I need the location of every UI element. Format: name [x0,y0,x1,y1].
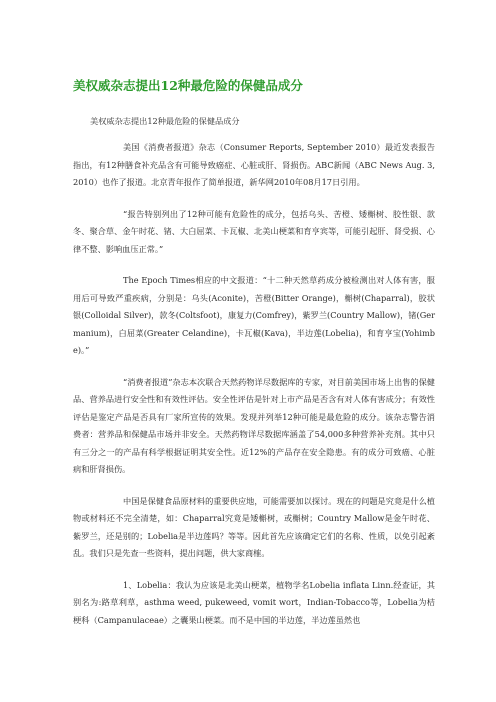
paragraph-evaluation: “消费者报道”杂志本次联合天然药物详尽数据库的专家，对目前美国市场上出售的保健品… [73,374,435,479]
paragraph-china-supply: 中国是保健食品原材料的重要供应地，可能需要加以探讨。现在的问题是究竟是什么植物或… [73,493,435,563]
paragraph-report-quote: “报告特别列出了12种可能有危险性的成分，包括乌头、苦橙、矮槲树、胶性银、款冬、… [73,206,435,259]
paragraph-lobelia: 1、Lobelia：我认为应该是北美山梗菜，植物学名Lobelia inflat… [73,577,435,630]
paragraph-epoch-times: The Epoch Times相应的中文报道：“十二种天然草药成分被检测出对人体… [73,272,435,360]
document-page: 美权威杂志提出12种最危险的保健品成分 美权威杂志提出12种最危险的保健品成分 … [73,78,435,629]
paragraph-consumer-reports: 美国《消费者报道》杂志（Consumer Reports, September … [73,139,435,192]
document-subtitle: 美权威杂志提出12种最危险的保健品成分 [90,115,435,127]
document-title: 美权威杂志提出12种最危险的保健品成分 [73,78,435,94]
